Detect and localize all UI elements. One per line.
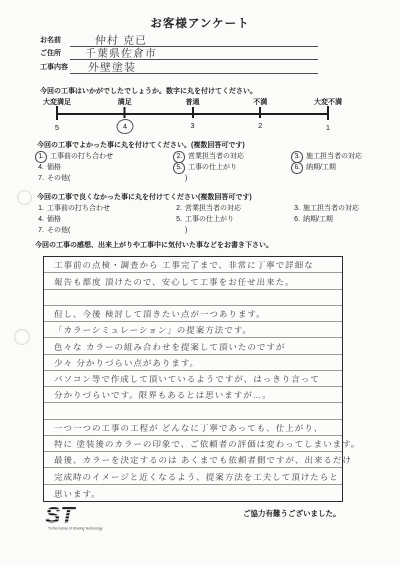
scale-point-label: 大変不満 xyxy=(314,97,342,106)
option-number: 3. xyxy=(293,204,301,214)
option-number: 7. xyxy=(37,174,45,184)
field-row-address: ご住所 千葉県佐倉市 xyxy=(40,47,318,61)
bad-option-1: 1. 工事前の打ち合わせ xyxy=(37,204,175,214)
comment-line: 一つ一つの工事の工程が どんなに丁寧であっても、仕上がり、 xyxy=(44,420,342,436)
option-number: 4. xyxy=(37,163,45,173)
option-label: 価格 xyxy=(47,216,61,223)
bad-option-4: 4. 価格 xyxy=(37,215,175,225)
bad-option-other-close-paren: ) xyxy=(175,226,293,236)
scale-point-number: 1 xyxy=(326,123,330,132)
comment-line: 最後、カラーを決定するのは あくまでも依頼者側ですが、出来るだけ xyxy=(44,452,342,468)
field-row-work: 工事内容 外壁塗装 xyxy=(40,60,318,74)
scale-tick xyxy=(56,106,58,120)
logo-letters: ST xyxy=(45,504,76,528)
field-label-name: お名前 xyxy=(40,35,61,45)
option-label: 営業担当者の対応 xyxy=(188,153,244,160)
good-option-4: 4. 価格 xyxy=(37,163,175,173)
scale-point-number: 2 xyxy=(258,121,262,130)
good-option-other-close-paren: ) xyxy=(175,174,293,184)
thanks-note: ご協力有難うございました。 xyxy=(243,508,341,519)
comment-line: パソコン等で作成して頂いているようですが、はっきり言って xyxy=(44,371,342,387)
field-label-address: ご住所 xyxy=(40,48,61,58)
rating-scale: 大変満足 5 満足 4 普通 3 不満 2 大変不満 1 xyxy=(57,97,328,139)
good-option-7: 7. その他( xyxy=(37,174,175,184)
option-label: 営業担当者の対応 xyxy=(185,205,241,212)
comment-text: 色々な カラーの組み合わせを提案して頂いたのですが xyxy=(54,341,286,353)
scale-point-label: 普通 xyxy=(186,97,200,106)
logo-tagline: To the Future of Sharing Technology xyxy=(48,527,103,531)
bad-question-options: 1. 工事前の打ち合わせ 2. 営業担当者の対応 3. 施工担当者の対応 4. … xyxy=(37,204,377,236)
company-logo: ST To the Future of Sharing Technology xyxy=(44,504,114,534)
bad-option-7: 7. その他( xyxy=(37,226,175,236)
option-number: 5. xyxy=(175,215,183,225)
comment-text: 報告も都度 頂けたので、安心して工事をお任せ出来た。 xyxy=(54,276,295,288)
comment-line: 思います。 xyxy=(44,485,342,501)
option-label: 工事前の打ち合わせ xyxy=(50,153,113,160)
good-option-6: 6. 納期/工期 xyxy=(293,163,377,173)
comment-text: 「カラーシミュレーション」の提案方法です。 xyxy=(54,324,253,336)
option-label: その他( xyxy=(47,175,70,182)
option-label: 納期/工期 xyxy=(306,164,336,171)
good-question-options: 1. 工事前の打ち合わせ 2. 営業担当者の対応 3. 施工担当者の対応 4. … xyxy=(37,152,377,184)
option-number: 1. xyxy=(34,150,47,163)
comment-text: 思います。 xyxy=(54,488,101,500)
bad-question-heading: 今回の工事で良くなかった事に丸を付けてください(複数回答可です) xyxy=(37,192,252,202)
option-label: その他( xyxy=(47,227,70,234)
field-label-work: 工事内容 xyxy=(40,62,68,72)
option-number: 5. xyxy=(172,161,185,174)
good-question-heading: 今回の工事でよかった事に丸を付けてください。(複数回答可です) xyxy=(37,140,245,150)
scale-point-label: 不満 xyxy=(253,97,267,106)
bad-option-2: 2. 営業担当者の対応 xyxy=(175,204,293,214)
comment-line: 完成時のイメージと近くなるよう、提案方法を工夫して頂けたらと xyxy=(44,468,342,484)
bad-option-5: 5. 工事の仕上がり xyxy=(175,215,293,225)
good-option-5: 5. 工事の仕上がり xyxy=(175,163,293,173)
option-number: 6. xyxy=(293,215,301,225)
comment-text: 工事前の点検・調査から 工事完了まで、非常に丁寧で詳細な xyxy=(54,259,314,271)
option-label: 工事前の打ち合わせ xyxy=(47,205,110,212)
customer-fields: お名前 仲村 克已 ご住所 千葉県佐倉市 工事内容 外壁塗装 xyxy=(40,33,318,74)
scale-point-number: 3 xyxy=(190,121,194,130)
field-value-work-handwritten: 外壁塗装 xyxy=(88,59,137,75)
comment-line xyxy=(44,403,342,419)
scale-point-2: 不満 2 xyxy=(253,97,267,130)
rating-selected-circle: 4 xyxy=(115,118,134,135)
comment-line: 工事前の点検・調査から 工事完了まで、非常に丁寧で詳細な xyxy=(44,257,342,273)
punch-hole xyxy=(14,329,30,345)
comment-line: 少々 分かりづらい点があります。 xyxy=(44,355,342,371)
good-option-3: 3. 施工担当者の対応 xyxy=(293,152,377,162)
comment-text: 但し、今後 検討して頂きたい点が一つあります。 xyxy=(54,308,266,320)
scale-tick xyxy=(192,107,194,118)
comment-text: 最後、カラーを決定するのは あくまでも依頼者側ですが、出来るだけ xyxy=(54,454,353,466)
comment-line: 特に 塗装後のカラーの印象で、ご依頼者の評価は変わってしまいます。 xyxy=(44,436,342,452)
option-label: 納期/工期 xyxy=(303,216,333,223)
comment-text: 少々 分かりづらい点があります。 xyxy=(54,357,200,369)
comment-text: 特に 塗装後のカラーの印象で、ご依頼者の評価は変わってしまいます。 xyxy=(54,438,361,450)
option-label: 価格 xyxy=(47,164,61,171)
good-option-1: 1. 工事前の打ち合わせ xyxy=(37,152,175,162)
option-number: 1. xyxy=(37,204,45,214)
option-number: 6. xyxy=(290,161,303,174)
scale-point-4: 満足 4 xyxy=(116,97,133,134)
punch-hole xyxy=(17,190,32,205)
rating-question: 今回の工事はいかがでしたでしょうか。数字に丸を付けてください。 xyxy=(40,86,257,96)
option-label: 施工担当者の対応 xyxy=(306,153,362,160)
bad-option-3: 3. 施工担当者の対応 xyxy=(293,204,377,214)
comment-box: 工事前の点検・調査から 工事完了まで、非常に丁寧で詳細な 報告も都度 頂けたので… xyxy=(43,256,343,502)
comment-line: 但し、今後 検討して頂きたい点が一つあります。 xyxy=(44,306,342,322)
option-number: 4. xyxy=(37,215,45,225)
scale-point-label: 満足 xyxy=(118,97,132,106)
scale-point-number: 5 xyxy=(55,123,59,132)
scale-tick xyxy=(259,107,261,118)
page-title: お客様アンケート xyxy=(0,15,400,31)
comment-text: 完成時のイメージと近くなるよう、提案方法を工夫して頂けたらと xyxy=(54,471,339,483)
scale-point-5: 大変満足 5 xyxy=(43,97,71,132)
scale-tick xyxy=(327,106,329,120)
comment-line: 「カラーシミュレーション」の提案方法です。 xyxy=(44,322,342,338)
scale-point-3: 普通 3 xyxy=(186,97,200,130)
comment-line: 報告も都度 頂けたので、安心して工事をお任せ出来た。 xyxy=(44,273,342,289)
comment-line: 分かりづらいです。限界もあるとは思いますが…。 xyxy=(44,387,342,403)
comment-text: 一つ一つの工事の工程が どんなに丁寧であっても、仕上がり、 xyxy=(54,422,324,434)
comment-heading: 今回の工事の感想、出来上がりや工事中に気付いた事などをお書き下さい。 xyxy=(35,240,273,250)
option-label: 工事の仕上がり xyxy=(188,164,237,171)
option-number: 7. xyxy=(37,226,45,236)
comment-line xyxy=(44,290,342,306)
field-row-name: お名前 仲村 克已 xyxy=(40,33,318,47)
option-label: 施工担当者の対応 xyxy=(303,205,359,212)
scale-tick xyxy=(124,107,126,118)
good-option-2: 2. 営業担当者の対応 xyxy=(175,152,293,162)
option-label: 工事の仕上がり xyxy=(185,216,234,223)
comment-line: 色々な カラーの組み合わせを提案して頂いたのですが xyxy=(44,338,342,354)
survey-scan-page: { "title": "お客様アンケート", "fields": [ { "la… xyxy=(0,0,400,565)
comment-text: 分かりづらいです。限界もあるとは思いますが…。 xyxy=(54,389,272,401)
scale-point-1: 大変不満 1 xyxy=(314,97,342,132)
bad-option-6: 6. 納期/工期 xyxy=(293,215,377,225)
scale-point-label: 大変満足 xyxy=(43,97,71,106)
option-number: 2. xyxy=(175,204,183,214)
comment-text: パソコン等で作成して頂いているようですが、はっきり言って xyxy=(54,373,320,385)
